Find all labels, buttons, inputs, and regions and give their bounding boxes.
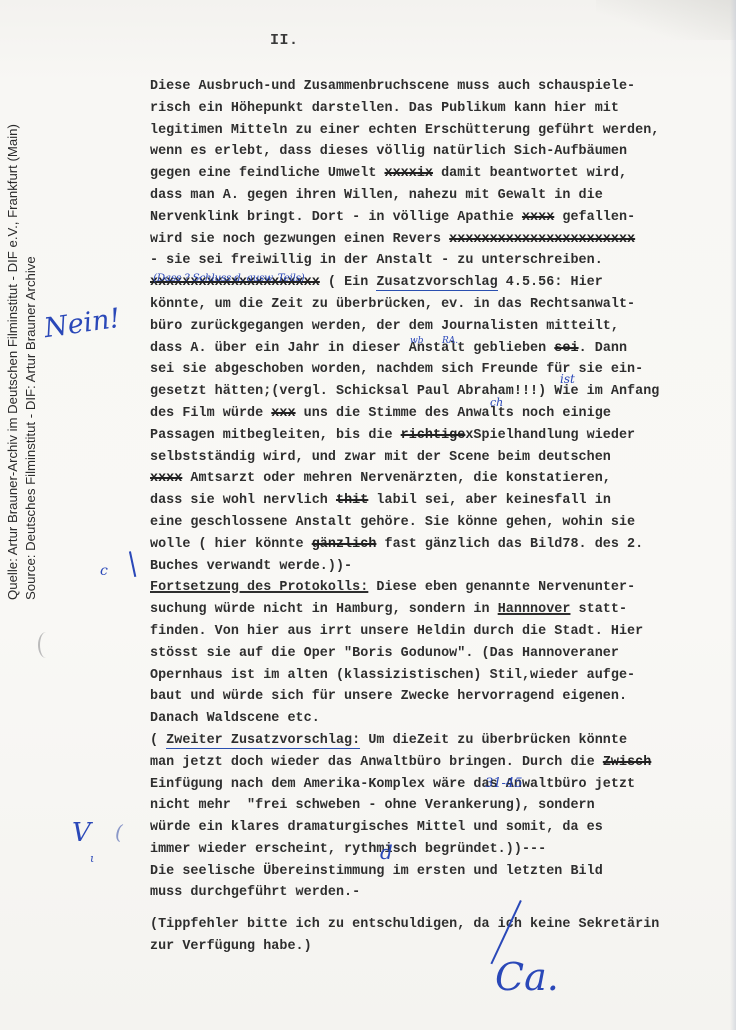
text-line: Fortsetzung des Protokolls: Diese eben g… (150, 577, 735, 599)
struck-text: sei (554, 341, 578, 356)
text-line: könnte, um die Zeit zu überbrücken, ev. … (150, 294, 735, 316)
text-line (150, 904, 735, 914)
text-line: wenn es erlebt, dass dieses völlig natür… (150, 141, 735, 163)
text-segment: - sie sei freiwillig in der Anstalt - zu… (150, 253, 603, 268)
text-line: Danach Waldscene etc. (150, 708, 735, 730)
text-segment: Passagen mitbegleiten, bis die (150, 428, 401, 443)
text-line: eine geschlossene Anstalt gehöre. Sie kö… (150, 512, 735, 534)
text-line: wolle ( hier könnte gänzlich fast gänzli… (150, 534, 735, 556)
text-segment: selbstständig wird, und zwar mit der Sce… (150, 450, 611, 465)
text-line: dass man A. gegen ihren Willen, nahezu m… (150, 185, 735, 207)
text-segment: suchung würde nicht in Hamburg, sondern … (150, 602, 498, 617)
text-segment: ( (150, 733, 166, 748)
underlined-text: Zusatzvorschlag (376, 275, 497, 291)
text-segment: des Film würde (150, 406, 271, 421)
text-segment: wolle ( hier könnte (150, 537, 312, 552)
margin-bracket-mark: | (125, 547, 140, 578)
text-segment: risch ein Höhepunkt darstellen. Das Publ… (150, 101, 619, 116)
text-segment: statt- (570, 602, 627, 617)
handwritten-correction-sich: ch (490, 396, 503, 409)
text-line: Opernhaus ist im alten (klassizistischen… (150, 665, 735, 687)
text-segment: legitimen Mitteln zu einer echten Erschü… (150, 123, 659, 138)
text-line: Buches verwandt werde.))- (150, 556, 735, 578)
text-segment: gegen eine feindliche Umwelt (150, 166, 385, 181)
text-segment: Amtsarzt oder mehren Nervenärzten, die k… (182, 471, 611, 486)
text-segment: xSpielhandlung wieder (465, 428, 635, 443)
text-line: gesetzt hätten;(vergl. Schicksal Paul Ab… (150, 381, 735, 403)
text-line: immer wieder erscheint, rythmisch begrün… (150, 839, 735, 861)
struck-text: xxxx (150, 471, 182, 486)
text-line: - sie sei freiwillig in der Anstalt - zu… (150, 250, 735, 272)
text-line: selbstständig wird, und zwar mit der Sce… (150, 447, 735, 469)
handwritten-insert-ra: RA. (442, 336, 458, 346)
text-segment: dass man A. gegen ihren Willen, nahezu m… (150, 188, 603, 203)
text-segment: wenn es erlebt, dass dieses völlig natür… (150, 144, 627, 159)
signature: Ca. (495, 955, 559, 999)
text-line: (Tippfehler bitte ich zu entschuldigen, … (150, 914, 735, 936)
text-line: wird sie noch gezwungen einen Revers xxx… (150, 229, 735, 251)
text-segment: 4.5.56: Hier (498, 275, 603, 290)
source-line-english: Source: Deutsches Filminstitut - DIF: Ar… (22, 10, 40, 600)
text-line: man jetzt doch wieder das Anwaltbüro bri… (150, 752, 735, 774)
text-segment: Danach Waldscene etc. (150, 711, 320, 726)
struck-text: xxxxix (385, 166, 434, 181)
text-line: stösst sie auf die Oper "Boris Godunow".… (150, 643, 735, 665)
text-line: risch ein Höhepunkt darstellen. Das Publ… (150, 98, 735, 120)
handwritten-insert-wb: wb (410, 336, 423, 346)
struck-text: gänzlich (312, 537, 377, 552)
text-line: des Film würde xxx uns die Stimme des An… (150, 403, 735, 425)
archive-source-credit: Quelle: Artur Brauner-Archiv im Deutsche… (4, 10, 44, 600)
text-segment: zur Verfügung habe.) (150, 939, 312, 954)
text-line: muss durchgeführt werden.- (150, 882, 735, 904)
text-line: baut und würde sich für unsere Zwecke he… (150, 686, 735, 708)
handwritten-correction-ist: ist (560, 372, 575, 386)
handwritten-insert-note: (Dass ? Schluss d. ausw. Teils) (153, 272, 304, 284)
struck-text: Zwisch (603, 755, 652, 770)
text-line: Die seelische Übereinstimmung im ersten … (150, 861, 735, 883)
text-segment: dass A. über ein Jahr in dieser Anstalt … (150, 341, 554, 356)
text-segment: muss durchgeführt werden.- (150, 885, 360, 900)
text-line: gegen eine feindliche Umwelt xxxxix dami… (150, 163, 735, 185)
text-segment: finden. Von hier aus irrt unsere Heldin … (150, 624, 643, 639)
text-segment: Diese eben genannte Nervenunter- (368, 580, 635, 595)
typewritten-body: Diese Ausbruch-und Zusammenbruchscene mu… (150, 76, 735, 958)
text-segment: immer wieder erscheint, rythmisch begrün… (150, 842, 546, 857)
text-segment: stösst sie auf die Oper "Boris Godunow".… (150, 646, 619, 661)
text-line: finden. Von hier aus irrt unsere Heldin … (150, 621, 735, 643)
text-segment: nicht mehr "frei schweben - ohne Veranke… (150, 798, 595, 813)
text-segment: ( Ein (320, 275, 377, 290)
text-line: Passagen mitbegleiten, bis die richtigex… (150, 425, 735, 447)
margin-note-c: c (100, 563, 108, 579)
text-segment: könnte, um die Zeit zu überbrücken, ev. … (150, 297, 635, 312)
struck-text: xxxxxxxxxxxxxxxxxxxxxxx (449, 232, 635, 247)
document-page: Quelle: Artur Brauner-Archiv im Deutsche… (0, 0, 736, 1030)
text-segment: gefallen- (554, 210, 635, 225)
text-segment: . Dann (579, 341, 628, 356)
paper-crease (596, 0, 736, 40)
text-line: ( Zweiter Zusatzvorschlag: Um dieZeit zu… (150, 730, 735, 752)
handwritten-correction-d: d (380, 840, 393, 864)
text-segment: (Tippfehler bitte ich zu entschuldigen, … (150, 917, 659, 932)
struck-text: xxxx (522, 210, 554, 225)
text-segment: fast gänzlich das Bild78. des 2. (376, 537, 643, 552)
struck-text: thit (336, 493, 368, 508)
text-segment: eine geschlossene Anstalt gehöre. Sie kö… (150, 515, 635, 530)
text-line: zur Verfügung habe.) (150, 936, 735, 958)
margin-check-mark: V (72, 818, 91, 848)
margin-small-mark: ι (90, 852, 94, 865)
paper-punch-mark (38, 632, 54, 658)
underlined-text: Zweiter Zusatzvorschlag: (166, 733, 360, 749)
text-line: xxxx Amtsarzt oder mehren Nervenärzten, … (150, 468, 735, 490)
text-line: suchung würde nicht in Hamburg, sondern … (150, 599, 735, 621)
text-line: nicht mehr "frei schweben - ohne Veranke… (150, 795, 735, 817)
handwritten-page-range: 31-45 (485, 776, 522, 791)
text-segment: dass sie wohl nervlich (150, 493, 336, 508)
text-line: Einfügung nach dem Amerika-Komplex wäre … (150, 774, 735, 796)
page-number: II. (270, 32, 299, 49)
underlined-text: Hannnover (498, 602, 571, 617)
text-segment: labil sei, aber keinesfall in (368, 493, 611, 508)
text-line: sei sie abgeschoben worden, nachdem sich… (150, 359, 735, 381)
text-segment: baut und würde sich für unsere Zwecke he… (150, 689, 627, 704)
text-segment: Die seelische Übereinstimmung im ersten … (150, 864, 603, 879)
margin-bracket-mark-2: ( (115, 820, 123, 844)
text-segment: Einfügung nach dem Amerika-Komplex wäre … (150, 777, 635, 792)
struck-text: richtige (401, 428, 466, 443)
struck-text: xxx (271, 406, 295, 421)
text-line: dass sie wohl nervlich thit labil sei, a… (150, 490, 735, 512)
text-segment: damit beantwortet wird, (433, 166, 627, 181)
text-line: legitimen Mitteln zu einer echten Erschü… (150, 120, 735, 142)
text-segment: wird sie noch gezwungen einen Revers (150, 232, 449, 247)
text-segment: Buches verwandt werde.))- (150, 559, 352, 574)
text-line: würde ein klares dramaturgisches Mittel … (150, 817, 735, 839)
text-segment: man jetzt doch wieder das Anwaltbüro bri… (150, 755, 603, 770)
text-segment: büro zurückgegangen werden, der dem Jour… (150, 319, 619, 334)
text-line: büro zurückgegangen werden, der dem Jour… (150, 316, 735, 338)
text-segment: uns die Stimme des Anwalts noch einige (296, 406, 611, 421)
text-segment: gesetzt hätten;(vergl. Schicksal Paul Ab… (150, 384, 659, 399)
text-segment: Um dieZeit zu überbrücken könnte (360, 733, 627, 748)
text-segment: würde ein klares dramaturgisches Mittel … (150, 820, 603, 835)
source-line-german: Quelle: Artur Brauner-Archiv im Deutsche… (4, 10, 22, 600)
text-segment: Nervenklink bringt. Dort - in völlige Ap… (150, 210, 522, 225)
text-segment: Opernhaus ist im alten (klassizistischen… (150, 668, 635, 683)
margin-note-nein: Nein! (42, 303, 122, 344)
text-segment: Diese Ausbruch-und Zusammenbruchscene mu… (150, 79, 635, 94)
underlined-text: Fortsetzung des Protokolls: (150, 580, 368, 595)
text-line: Diese Ausbruch-und Zusammenbruchscene mu… (150, 76, 735, 98)
text-line: Nervenklink bringt. Dort - in völlige Ap… (150, 207, 735, 229)
